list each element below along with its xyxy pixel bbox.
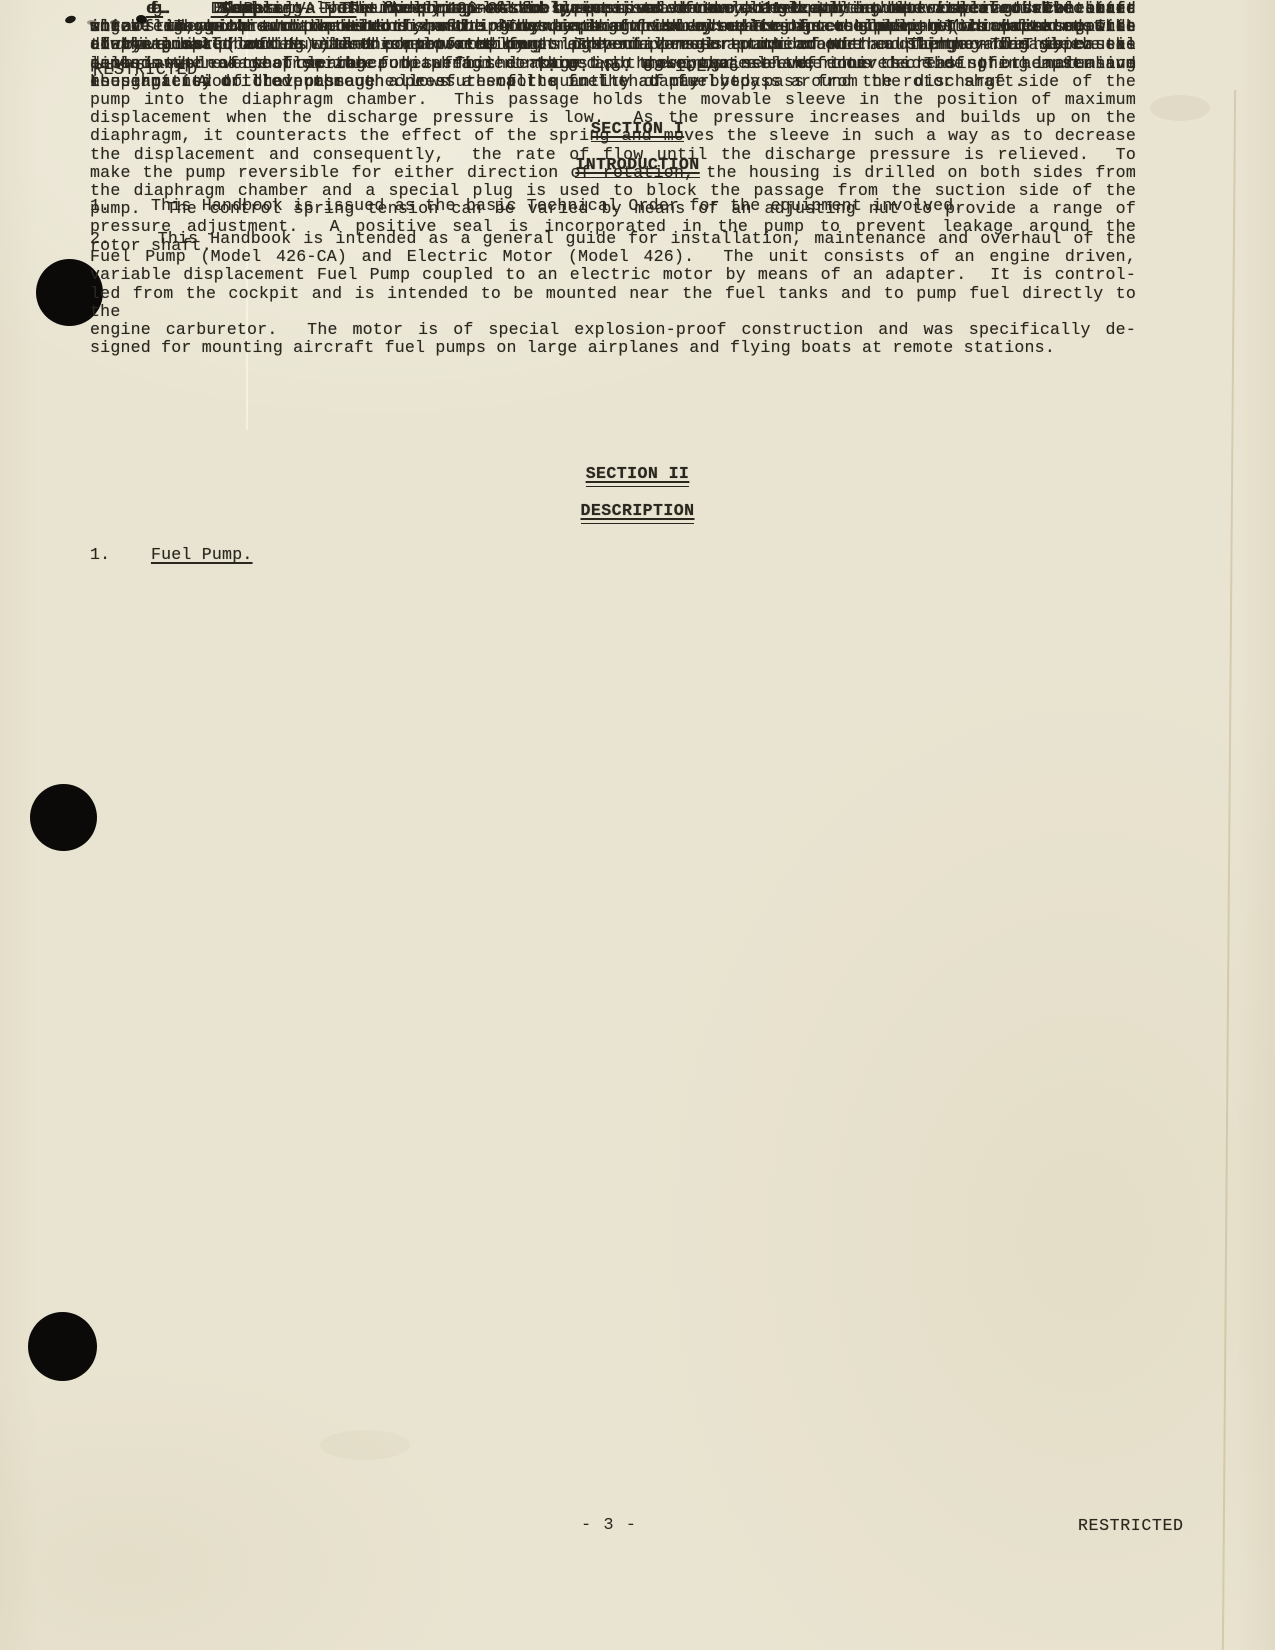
text-segment: 1. [90, 545, 151, 564]
text-line: the displacement and consequently, the r… [90, 146, 1136, 164]
text-line: g. Adapter. - The fuel pump assembly is … [90, 0, 1136, 18]
footer-page-number: - 3 - [581, 1516, 637, 1535]
text-segment: the displacement and consequently, the r… [90, 145, 1136, 164]
text-segment: pump. The control spring tension can be … [90, 199, 1136, 218]
text-line: displacement when the discharge pressure… [90, 109, 1136, 127]
text-segment: rotor shaft. [90, 236, 212, 255]
text-segment: ed by a ball bearing) to the pump coupli… [90, 35, 1136, 54]
text-line: pump into the diaphragm chamber. This pa… [90, 91, 1136, 109]
footer-classification: RESTRICTED [1078, 1516, 1184, 1535]
underlined-text: Adapter. [223, 0, 304, 18]
text-segment: is permitted to drain through one of the… [90, 72, 771, 91]
underlined-text: g [152, 0, 162, 18]
text-line: 1. Fuel Pump. [90, 546, 1136, 564]
text-segment: make the pump reversible for either dire… [90, 163, 1136, 182]
text-segment: . [163, 0, 223, 18]
text-segment: displacement when the discharge pressure… [90, 108, 1136, 127]
text-segment: the diaphragm chamber and a special plug… [90, 181, 1136, 200]
text-segment [90, 0, 152, 18]
text-segment: motor. Torque is transmitted from the ar… [90, 17, 1136, 36]
text-line: ed by a ball bearing) to the pump coupli… [90, 36, 1136, 54]
text-line: pells any leakage from the pump. This le… [90, 55, 1136, 73]
text-segment: pressure adjustment. A positive seal is … [90, 217, 1136, 236]
text-line: pump. The control spring tension can be … [90, 200, 1136, 218]
underlined-text: Fuel Pump. [151, 545, 253, 564]
paragraph-pfp: 1. Fuel Pump. [90, 546, 1136, 564]
document-page: RESTRICTED T. O. No. 03-10EA-6 SECTION I… [0, 0, 1275, 1650]
text-line: motor. Torque is transmitted from the ar… [90, 18, 1136, 36]
text-segment: pells any leakage from the pump. This le… [90, 54, 1136, 73]
text-line: diaphragm, it counteracts the effect of … [90, 127, 1136, 145]
text-line: pressure adjustment. A positive seal is … [90, 218, 1136, 236]
paragraph-ppg: g. Adapter. - The fuel pump assembly is … [90, 0, 1136, 91]
text-line: is permitted to drain through one of the… [90, 73, 1136, 91]
text-segment: diaphragm, it counteracts the effect of … [90, 126, 1136, 145]
section-2-body: 1. Fuel Pump. a. General. - The Model 42… [0, 0, 1275, 1650]
text-segment: - The fuel pump assembly is mounted on a… [304, 0, 1136, 18]
text-line: rotor shaft. [90, 237, 1136, 255]
text-line: the diaphragm chamber and a special plug… [90, 182, 1136, 200]
text-segment: pump into the diaphragm chamber. This pa… [90, 90, 1136, 109]
text-line: make the pump reversible for either dire… [90, 164, 1136, 182]
